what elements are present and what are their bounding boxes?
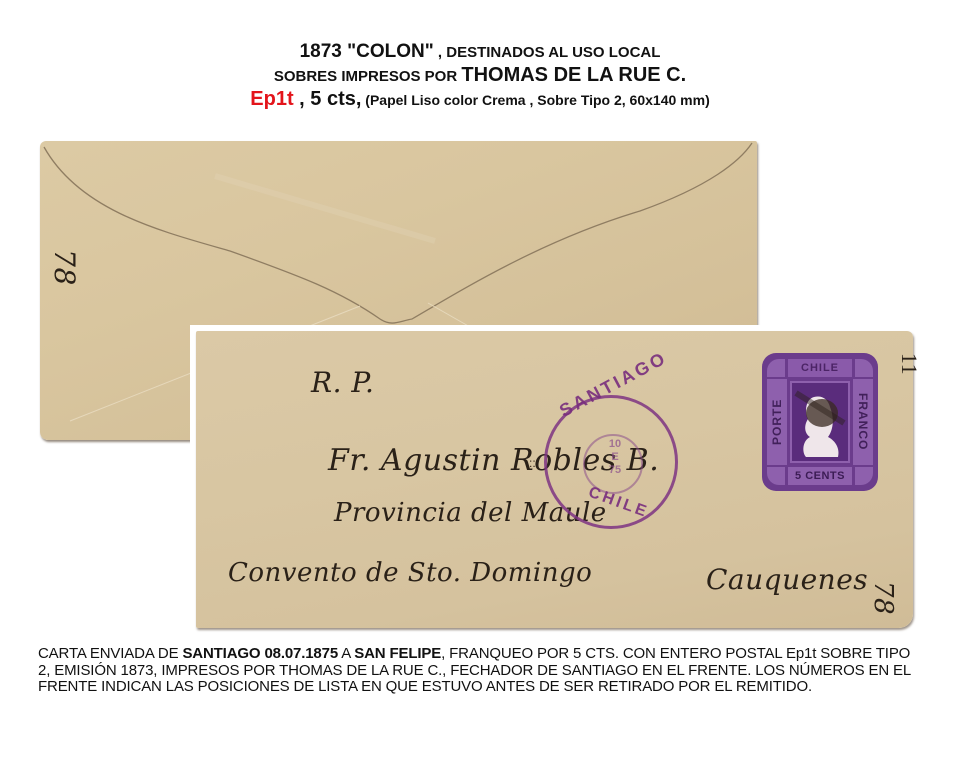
- stamp-corner: [855, 467, 873, 485]
- address-line-4: Convento de Sto. Domingo: [228, 558, 592, 588]
- columbus-portrait-icon: [790, 381, 850, 463]
- postmark-month: E: [595, 451, 635, 464]
- list-position-bottom: 78: [868, 581, 898, 615]
- envelope-front-image: R. P. Fr. Agustin Robles B. Provincia de…: [196, 331, 913, 628]
- list-position-top: 11: [896, 353, 922, 375]
- postmark-year: 75: [595, 464, 635, 477]
- envelope-details: (Papel Liso color Crema , Sobre Tipo 2, …: [361, 92, 709, 108]
- colon-mark: ::: [529, 456, 536, 470]
- postage-stamp: CHILE PORTE FRANCO 5 CENTS: [762, 353, 878, 491]
- caption-origin-date: SANTIAGO 08.07.1875: [182, 645, 338, 662]
- postmark-day: 10: [595, 438, 635, 451]
- stamp-corner: [767, 359, 785, 377]
- issue-purpose: , DESTINADOS AL USO LOCAL: [434, 44, 661, 61]
- description-caption: CARTA ENVIADA DE SANTIAGO 08.07.1875 A S…: [38, 646, 923, 696]
- stamp-corner: [767, 467, 785, 485]
- caption-text: A: [338, 645, 354, 662]
- stamp-country: CHILE: [788, 359, 852, 377]
- envelope-front-frame: R. P. Fr. Agustin Robles B. Provincia de…: [190, 325, 915, 632]
- stamp-corner: [855, 359, 873, 377]
- postmark-date: 10 E 75: [595, 438, 635, 477]
- title-line-2: SOBRES IMPRESOS POR THOMAS DE LA RUE C.: [0, 64, 960, 88]
- stamp-right-label: FRANCO: [853, 379, 873, 465]
- stamp-left-label: PORTE: [767, 379, 787, 465]
- issue-name: 1873 "COLON": [300, 41, 434, 62]
- caption-text: CARTA ENVIADA DE: [38, 645, 182, 662]
- postmark-city: SANTIAGO: [556, 347, 671, 421]
- title-line-1: 1873 "COLON" , DESTINADOS AL USO LOCAL: [0, 40, 960, 64]
- face-value: , 5 cts,: [294, 88, 362, 110]
- stamp-value: 5 CENTS: [788, 467, 852, 485]
- page-title: 1873 "COLON" , DESTINADOS AL USO LOCAL S…: [0, 40, 960, 112]
- address-city: Cauquenes: [706, 563, 868, 596]
- caption-destination: SAN FELIPE: [354, 645, 441, 662]
- catalog-code: Ep1t: [250, 88, 293, 110]
- printer-prefix: SOBRES IMPRESOS POR: [274, 68, 462, 85]
- list-position-number: 78: [48, 249, 81, 286]
- address-line-1: R. P.: [311, 366, 374, 399]
- printer-name: THOMAS DE LA RUE C.: [461, 64, 686, 86]
- title-line-3: Ep1t , 5 cts, (Papel Liso color Crema , …: [0, 88, 960, 112]
- santiago-postmark: SANTIAGO 10 E 75 CHILE ::: [544, 395, 678, 529]
